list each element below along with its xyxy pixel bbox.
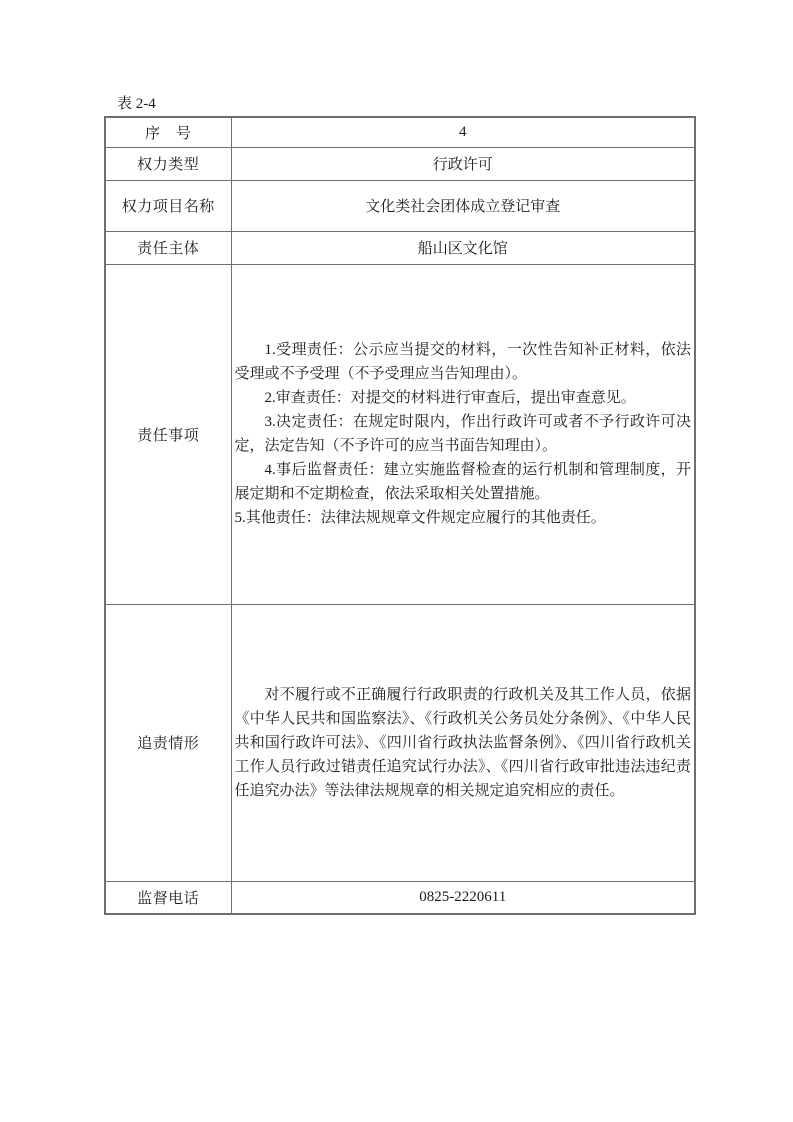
row-value-serial-number: 4: [231, 117, 695, 147]
table-row-supervision-phone: 监督电话 0825-2220611: [105, 881, 695, 914]
row-label-responsibility-items: 责任事项: [105, 264, 231, 604]
duty-item-4: 4.事后监督责任：建立实施监督检查的运行机制和管理制度，开展定期和不定期检查，依…: [235, 458, 692, 506]
duty-item-5: 5.其他责任：法律法规规章文件规定应履行的其他责任。: [235, 506, 692, 530]
responsibility-table: 序 号 4 权力类型 行政许可 权力项目名称 文化类社会团体成立登记审查 责任主…: [104, 116, 696, 915]
row-value-power-type: 行政许可: [231, 147, 695, 180]
document-page: 表 2-4 序 号 4 权力类型 行政许可 权力项目名称 文化类社会团体成立登记…: [0, 0, 793, 1122]
row-label-power-item-name: 权力项目名称: [105, 180, 231, 231]
row-label-supervision-phone: 监督电话: [105, 881, 231, 914]
row-label-power-type: 权力类型: [105, 147, 231, 180]
row-value-supervision-phone: 0825-2220611: [231, 881, 695, 914]
row-value-power-item-name: 文化类社会团体成立登记审查: [231, 180, 695, 231]
accountability-block: 对不履行或不正确履行行政职责的行政机关及其工作人员，依据《中华人民共和国监察法》…: [235, 683, 692, 803]
row-label-serial-number: 序 号: [105, 117, 231, 147]
row-label-accountability-situations: 追责情形: [105, 604, 231, 881]
row-label-responsible-entity: 责任主体: [105, 231, 231, 264]
table-caption: 表 2-4: [117, 95, 156, 113]
table-row-serial-number: 序 号 4: [105, 117, 695, 147]
row-value-responsible-entity: 船山区文化馆: [231, 231, 695, 264]
duty-item-2: 2.审查责任：对提交的材料进行审查后，提出审查意见。: [235, 386, 692, 410]
table-row-responsible-entity: 责任主体 船山区文化馆: [105, 231, 695, 264]
table-row-power-item-name: 权力项目名称 文化类社会团体成立登记审查: [105, 180, 695, 231]
duty-item-1: 1.受理责任：公示应当提交的材料，一次性告知补正材料，依法受理或不予受理（不予受…: [235, 338, 692, 386]
responsibility-items-block: 1.受理责任：公示应当提交的材料，一次性告知补正材料，依法受理或不予受理（不予受…: [235, 338, 692, 530]
table-row-responsibility-items: 责任事项 1.受理责任：公示应当提交的材料，一次性告知补正材料，依法受理或不予受…: [105, 264, 695, 604]
row-value-accountability-situations: 对不履行或不正确履行行政职责的行政机关及其工作人员，依据《中华人民共和国监察法》…: [231, 604, 695, 881]
duty-item-3: 3.决定责任：在规定时限内，作出行政许可或者不予行政许可决定，法定告知（不予许可…: [235, 410, 692, 458]
accountability-paragraph: 对不履行或不正确履行行政职责的行政机关及其工作人员，依据《中华人民共和国监察法》…: [235, 683, 692, 803]
row-value-responsibility-items: 1.受理责任：公示应当提交的材料，一次性告知补正材料，依法受理或不予受理（不予受…: [231, 264, 695, 604]
table-row-accountability-situations: 追责情形 对不履行或不正确履行行政职责的行政机关及其工作人员，依据《中华人民共和…: [105, 604, 695, 881]
table-row-power-type: 权力类型 行政许可: [105, 147, 695, 180]
